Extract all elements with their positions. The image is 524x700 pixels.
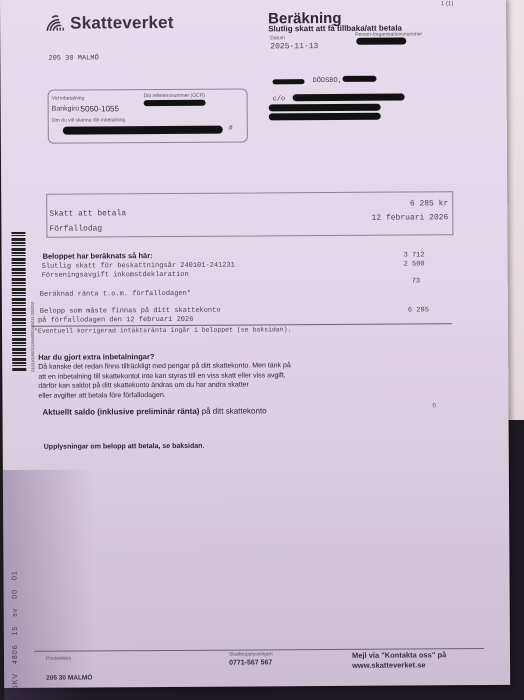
- calc-row-value-interest: 73: [412, 277, 420, 285]
- scan-line-suffix: #: [229, 125, 233, 132]
- phone-number: 0771-567 567: [229, 659, 272, 666]
- date-label: Datum: [270, 35, 285, 41]
- due-date-value: 12 februari 2026: [372, 213, 449, 222]
- ocr-label: Ditt referensnummer (OCR): [144, 93, 205, 99]
- calc-row-label-final-tax: Slutlig skatt för beskattningsår 240101-…: [42, 262, 235, 271]
- recipient-line-1: DÖDSBO,: [312, 77, 341, 85]
- calc-total-label-2: på förfallodagen den 12 februari 2026: [38, 316, 193, 325]
- redacted-person-number: [356, 38, 406, 45]
- extra-payments-heading: Har du gjort extra inbetalningar?: [38, 352, 154, 362]
- recipient-co-prefix: c/o: [273, 95, 286, 103]
- due-date-label: Förfallodag: [49, 224, 102, 233]
- payment-info-box: Vid inbetalning Ditt referensnummer (OCR…: [48, 88, 248, 143]
- summary-box: Skatt att betala 6 285 kr Förfallodag 12…: [46, 191, 453, 237]
- document-date: 2025-11-13: [270, 42, 318, 51]
- redacted-recipient-name: [272, 79, 304, 84]
- brand-name: Skatteverket: [70, 13, 174, 34]
- current-balance-label: Aktuellt saldo (inklusive preliminär rän…: [42, 406, 266, 416]
- info-note: Upplysningar om belopp att betala, se ba…: [44, 443, 205, 451]
- redacted-ocr-number: [144, 100, 206, 106]
- phone-label: Skatteupplysningen: [229, 651, 273, 657]
- website-link[interactable]: www.skatteverket.se: [352, 660, 426, 669]
- page-number: 1 (1): [441, 1, 453, 7]
- return-address: 205 30 MALMÖ: [48, 54, 98, 62]
- bankgiro-label: Bankgiro:: [52, 106, 82, 113]
- redacted-recipient-name-2: [342, 76, 376, 82]
- interest-footnote: *Eventuell korrigerad intäktsränta ingår…: [34, 326, 291, 335]
- payment-label: Vid inbetalning: [52, 95, 85, 101]
- redacted-scan-line: [63, 126, 223, 135]
- tax-to-pay-label: Skatt att betala: [49, 209, 126, 218]
- barcode: [11, 232, 26, 372]
- redacted-recipient-city: [269, 113, 381, 121]
- skatteverket-logo-icon: [44, 15, 66, 33]
- calc-total-value: 6 285: [408, 306, 429, 314]
- current-balance-value: 0: [432, 403, 435, 409]
- tax-to-pay-amount: 6 285 kr: [410, 199, 448, 208]
- contact-line-1: Mejl via "Kontakta oss" på: [352, 650, 446, 660]
- redacted-recipient-co: [293, 94, 405, 102]
- tax-document: Skatteverket 1 (1) Beräkning Slutlig ska…: [0, 0, 510, 688]
- bankgiro-number: 5050-1055: [81, 104, 119, 113]
- calc-row-label-interest: Beräknad ränta t.o.m. förfallodagen*: [40, 290, 191, 299]
- form-code: SKV 4806 15 sv 00 01: [11, 570, 19, 690]
- calculation-heading: Beloppet har beräknats så här:: [43, 251, 153, 261]
- brand-logo: Skatteverket: [44, 13, 174, 34]
- calc-row-value-final-tax: 3 712: [404, 251, 425, 259]
- balance-label-bold: Aktuellt saldo (inklusive preliminär rän…: [42, 407, 199, 417]
- postal-address-label: Postadress: [46, 656, 71, 662]
- calc-row-value-late-fee: 2 500: [404, 260, 425, 268]
- calc-row-label-late-fee: Förseningsavgift inkomstdeklaration: [42, 271, 189, 280]
- redacted-recipient-street: [269, 104, 381, 112]
- balance-label-rest: på ditt skattekonto: [199, 406, 266, 415]
- scan-label: Om du vill skanna din inbetalning: [52, 117, 125, 123]
- postal-address: 205 30 MALMÖ: [46, 674, 92, 681]
- extra-payments-text: Då kanske det redan finns tillräckligt m…: [38, 361, 291, 401]
- barcode-number: 0103100950102580000431011 000000: [30, 302, 35, 372]
- extra-payments-line: eller avgifter att betala före förfallod…: [38, 390, 291, 401]
- calc-total-label-1: Belopp som måste finnas på ditt skatteko…: [40, 307, 221, 316]
